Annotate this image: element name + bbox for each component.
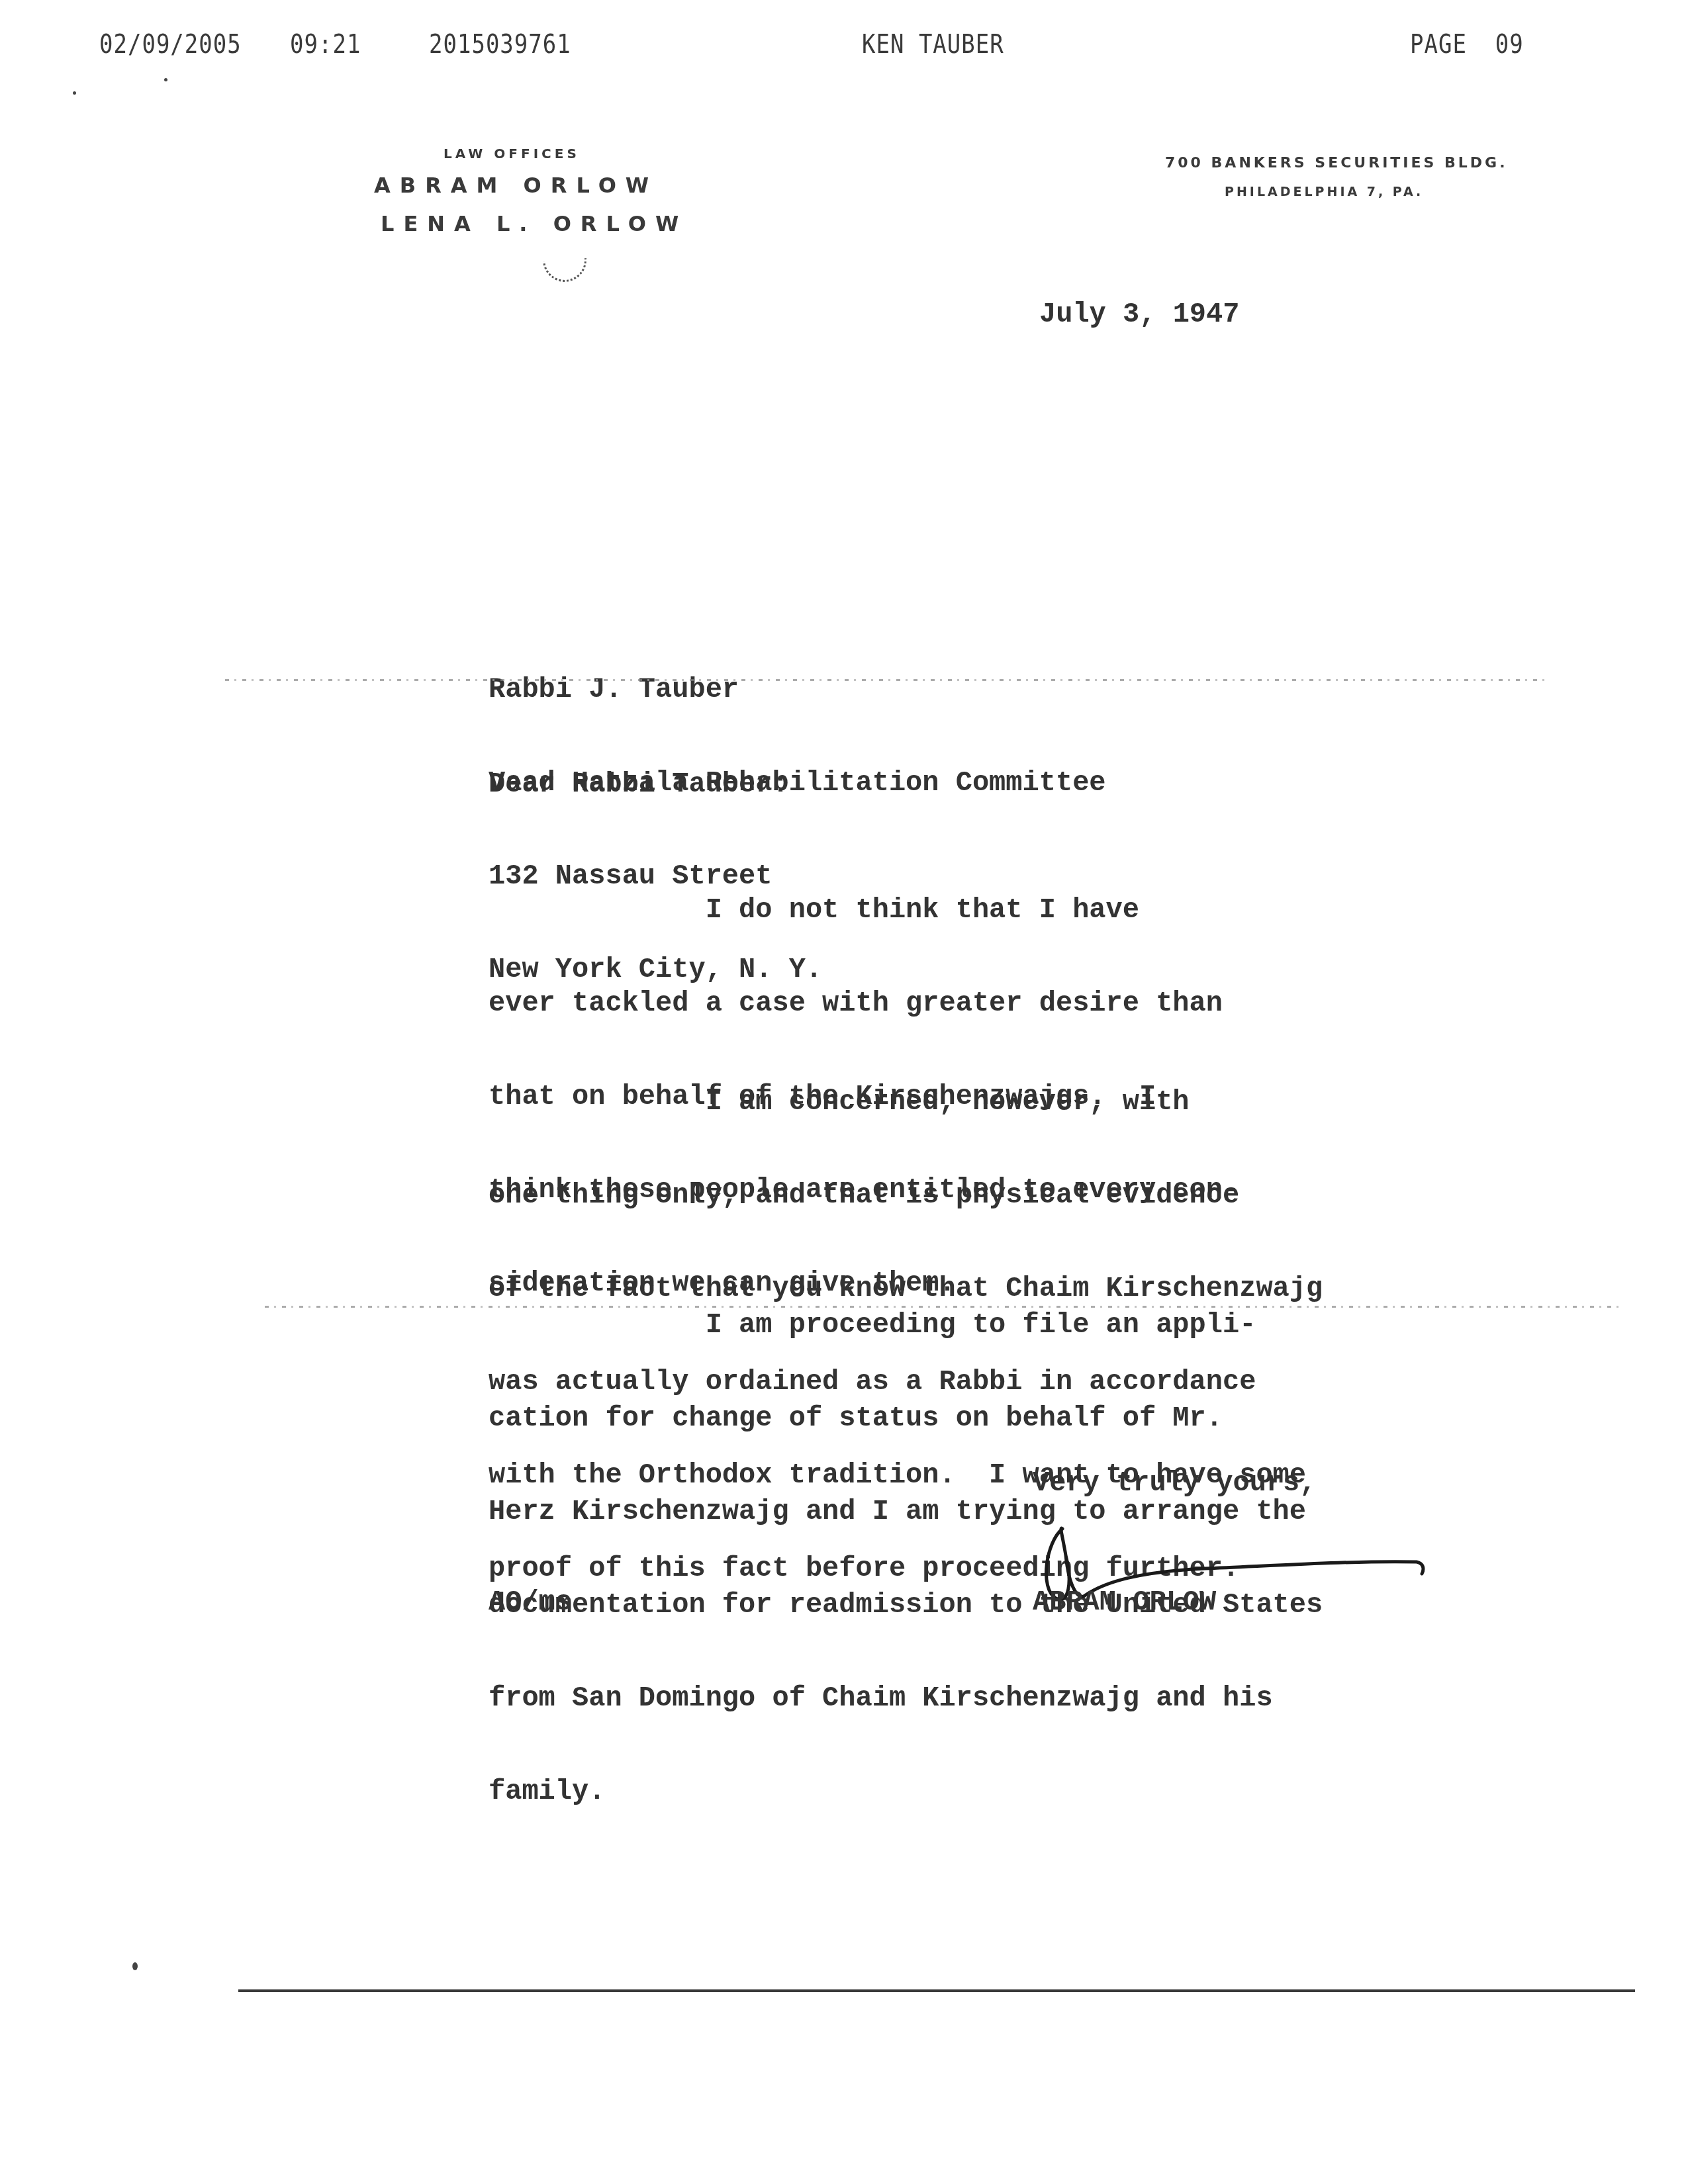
letterhead-address: 700 BANKERS SECURITIES BLDG. PHILADELPHI… [1165,155,1508,199]
body-line: cation for change of status on behalf of… [489,1403,1323,1434]
fax-page-label: PAGE [1410,29,1467,60]
fax-time: 09:21 [290,29,361,60]
seal-mark-icon [534,230,596,291]
salutation: Dear Rabbi Tauber: [489,769,789,800]
signatory-name: ABRAM ORLOW [1033,1587,1216,1618]
body-line: I am concerned, however, with [489,1087,1323,1118]
address-line-1: 700 BANKERS SECURITIES BLDG. [1165,155,1508,171]
page-bottom-rule [238,1989,1635,1992]
fax-transmission-header: 02/09/2005 09:21 2015039761 KEN TAUBER P… [0,29,1688,68]
letterhead-firm: LAW OFFICES ABRAM ORLOW LENA L. ORLOW [374,146,688,238]
attorney-name-2: LENA L. ORLOW [381,209,688,238]
scan-streak [265,1306,1622,1308]
address-line-2: PHILADELPHIA 7, PA. [1225,185,1508,199]
scan-speck [132,1962,138,1970]
fax-date: 02/09/2005 [99,29,242,60]
scan-speck [164,78,167,81]
body-line: one thing only, and that is physical evi… [489,1180,1323,1211]
fax-page-number: 09 [1495,29,1524,60]
closing: Very truly yours, [1033,1468,1316,1499]
attorney-name-1: ABRAM ORLOW [374,171,688,200]
typist-initials: AO/ms [489,1587,572,1618]
scan-speck [73,91,76,95]
fax-page: PAGE 09 [1410,29,1524,60]
body-line: I do not think that I have [489,895,1239,926]
body-line: family. [489,1776,1323,1807]
fax-number: 2015039761 [429,29,571,60]
body-line: from San Domingo of Chaim Kirschenzwajg … [489,1683,1323,1714]
body-line: I am proceeding to file an appli- [489,1310,1323,1341]
letter-date: July 3, 1947 [1039,299,1239,330]
fax-sender: KEN TAUBER [862,29,1004,60]
scan-streak [225,679,1549,681]
law-offices-label: LAW OFFICES [444,146,688,161]
body-line: ever tackled a case with greater desire … [489,988,1239,1019]
